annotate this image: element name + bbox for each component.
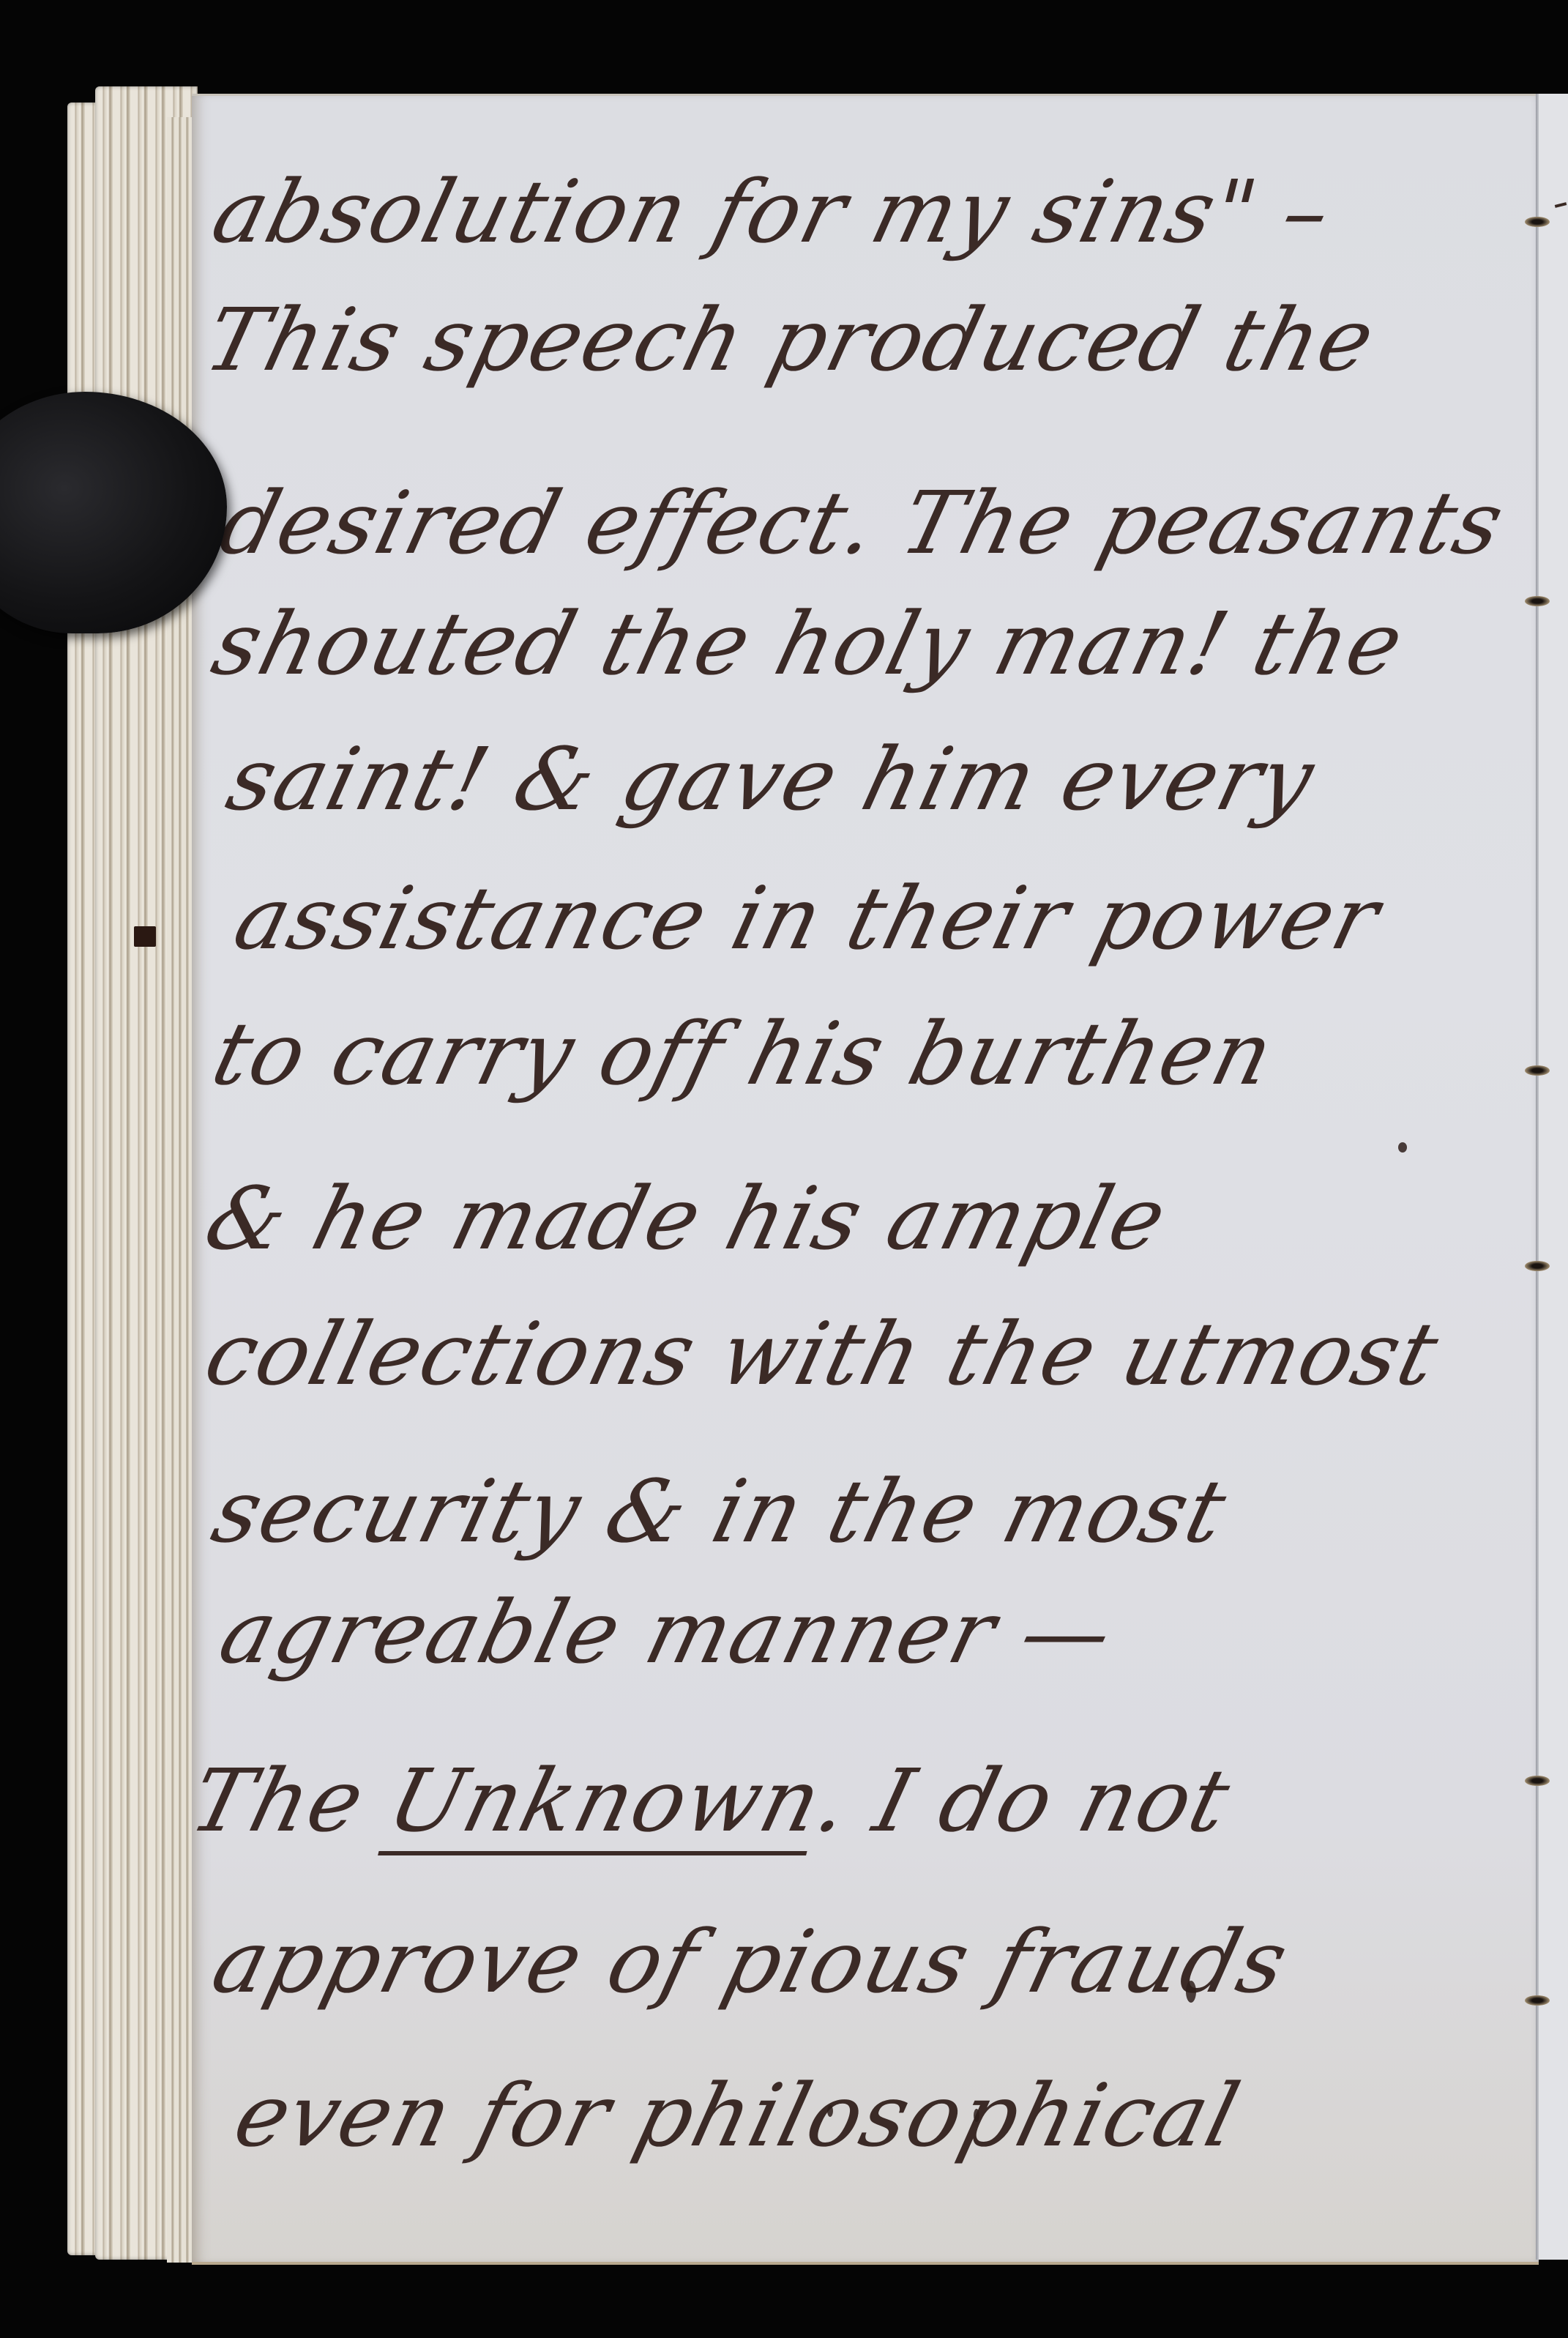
binding-stitch-icon [1525,596,1550,606]
text-line-12: The Unknown. I do not [183,1757,1239,1844]
text-line-13: approve of pious frauds [205,1918,1296,2005]
text-line-1: absolution for my sins" – [205,168,1340,255]
binding-stitch-icon [1525,1995,1550,2006]
text-fragment: The [182,1750,404,1851]
text-line-5: saint! & gave him every [220,736,1323,822]
binding-stitch-icon [1525,1065,1550,1076]
text-line-7: to carry off his burthen [205,1010,1283,1097]
ink-spatter [512,2123,520,2140]
text-line-4: shouted the holy man! the [205,600,1412,687]
text-line-8: & he made his ample [198,1175,1176,1262]
binding-stitch-icon [1525,217,1550,227]
text-line-14: even for philosophical [227,2072,1248,2159]
text-line-3: desired effect. The peasants [212,480,1513,566]
underlined-word: Unknown [379,1750,832,1851]
text-fragment: . I do not [807,1750,1241,1851]
text-line-10: security & in the most [205,1468,1235,1555]
ink-stain [134,926,156,947]
ink-spatter [974,2109,979,2122]
ink-spatter [1186,1981,1196,2003]
text-line-2: This speech produced the [198,297,1384,383]
text-line-9: collections with the utmost [198,1311,1447,1397]
ink-spatter [1398,1142,1407,1153]
facing-page [1539,94,1568,2260]
binding-stitch-icon [1525,1776,1550,1786]
book-gutter [1536,94,1539,2260]
binding-stitch-icon [1525,1261,1550,1271]
text-line-11: agreable manner — [212,1589,1121,1675]
manuscript-viewer: absolution for my sins" – This speech pr… [0,0,1568,2338]
text-line-6: assistance in their power [227,875,1388,961]
ink-spatter [827,2105,833,2117]
